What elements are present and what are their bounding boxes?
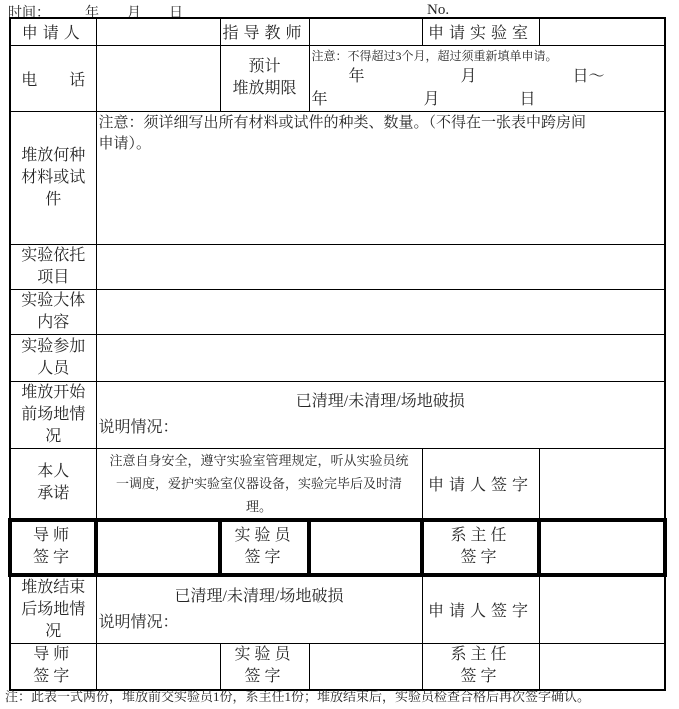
promise-label: 本人 承诺 <box>10 448 96 520</box>
advisor-input[interactable] <box>309 18 422 45</box>
tech-sign-input[interactable] <box>309 520 422 575</box>
duration-to-input[interactable]: 年 月 日 <box>312 88 663 111</box>
row-signatures-after: 导师 签字 实验员 签字 系主任 签字 <box>10 643 665 690</box>
row-participants: 实验参加 人员 <box>10 334 665 381</box>
footer-note: 注：此表一式两份，堆放前交实验员1份，系主任1份；堆放结束后，实验员检查合格后再… <box>5 686 590 705</box>
duration-cell[interactable]: 注意：不得超过3个月，超过须重新填单申请。 年 月 日～ 年 月 日 <box>309 45 665 111</box>
duration-label: 预计 堆放期限 <box>220 45 309 111</box>
site-after-input[interactable]: 已清理/未清理/场地破损 说明情况： <box>96 575 422 644</box>
applicant-sign-label: 申请人签字 <box>422 448 539 520</box>
material-note: 注意：须详细写出所有材料或试件的种类、数量。（不得在一张表中跨房间 申请）。 <box>99 112 663 155</box>
row-content: 实验大体 内容 <box>10 289 665 334</box>
applicant-label: 申请人 <box>10 18 96 45</box>
tech-sign-input-2[interactable] <box>309 643 422 690</box>
participants-input[interactable] <box>96 334 665 381</box>
dept-sign-label: 系主任 签字 <box>422 520 539 575</box>
material-input[interactable]: 注意：须详细写出所有材料或试件的种类、数量。（不得在一张表中跨房间 申请）。 <box>96 111 665 244</box>
lab-label: 申请实验室 <box>422 18 539 45</box>
duration-note: 注意：不得超过3个月，超过须重新填单申请。 <box>312 46 663 65</box>
site-before-input[interactable]: 已清理/未清理/场地破损 说明情况： <box>96 381 665 448</box>
advisor-label: 指导教师 <box>220 18 309 45</box>
row-signatures-before: 导师 签字 实验员 签字 系主任 签字 <box>10 520 665 575</box>
project-label: 实验依托 项目 <box>10 244 96 289</box>
participants-label: 实验参加 人员 <box>10 334 96 381</box>
tech-sign-label-2: 实验员 签字 <box>220 643 309 690</box>
mentor-sign-label-2: 导师 签字 <box>10 643 96 690</box>
tech-sign-label: 实验员 签字 <box>220 520 309 575</box>
row-phone-duration: 电 话 预计 堆放期限 注意：不得超过3个月，超过须重新填单申请。 年 月 日～… <box>10 45 665 111</box>
promise-text: 注意自身安全，遵守实验室管理规定，听从实验员统 一调度，爱护实验室仪器设备，实验… <box>99 449 420 518</box>
row-site-before: 堆放开始 前场地情 况 已清理/未清理/场地破损 说明情况： <box>10 381 665 448</box>
content-input[interactable] <box>96 289 665 334</box>
application-form-table: 申请人 指导教师 申请实验室 电 话 预计 堆放期限 注意：不得超过3个月，超过… <box>8 17 667 691</box>
material-label: 堆放何种 材料或试 件 <box>10 111 96 244</box>
row-material: 堆放何种 材料或试 件 注意：须详细写出所有材料或试件的种类、数量。（不得在一张… <box>10 111 665 244</box>
mentor-sign-input-2[interactable] <box>96 643 220 690</box>
phone-input[interactable] <box>96 45 220 111</box>
row-applicant: 申请人 指导教师 申请实验室 <box>10 18 665 45</box>
row-promise: 本人 承诺 注意自身安全，遵守实验室管理规定，听从实验员统 一调度，爱护实验室仪… <box>10 448 665 520</box>
content-label: 实验大体 内容 <box>10 289 96 334</box>
site-before-note-label: 说明情况： <box>99 417 663 439</box>
site-before-status-options[interactable]: 已清理/未清理/场地破损 <box>99 391 663 413</box>
dept-sign-input[interactable] <box>539 520 665 575</box>
row-project: 实验依托 项目 <box>10 244 665 289</box>
applicant-input[interactable] <box>96 18 220 45</box>
applicant-sign-input-2[interactable] <box>539 575 665 644</box>
row-site-after: 堆放结束 后场地情 况 已清理/未清理/场地破损 说明情况： 申请人签字 <box>10 575 665 644</box>
dept-sign-input-2[interactable] <box>539 643 665 690</box>
promise-text-cell: 注意自身安全，遵守实验室管理规定，听从实验员统 一调度，爱护实验室仪器设备，实验… <box>96 448 422 520</box>
applicant-sign-input[interactable] <box>539 448 665 520</box>
site-after-note-label: 说明情况： <box>99 612 420 634</box>
site-after-status-options[interactable]: 已清理/未清理/场地破损 <box>99 586 420 608</box>
applicant-sign-label-2: 申请人签字 <box>422 575 539 644</box>
application-form-page: 时间： 年 月 日 No. 申请人 指导教师 申请实验室 电 话 预计 堆放期限… <box>0 0 679 709</box>
site-after-label: 堆放结束 后场地情 况 <box>10 575 96 644</box>
dept-sign-label-2: 系主任 签字 <box>422 643 539 690</box>
site-before-label: 堆放开始 前场地情 况 <box>10 381 96 448</box>
mentor-sign-input[interactable] <box>96 520 220 575</box>
mentor-sign-label: 导师 签字 <box>10 520 96 575</box>
phone-label: 电 话 <box>10 45 96 111</box>
lab-input[interactable] <box>539 18 665 45</box>
duration-from-input[interactable]: 年 月 日～ <box>312 65 663 88</box>
project-input[interactable] <box>96 244 665 289</box>
